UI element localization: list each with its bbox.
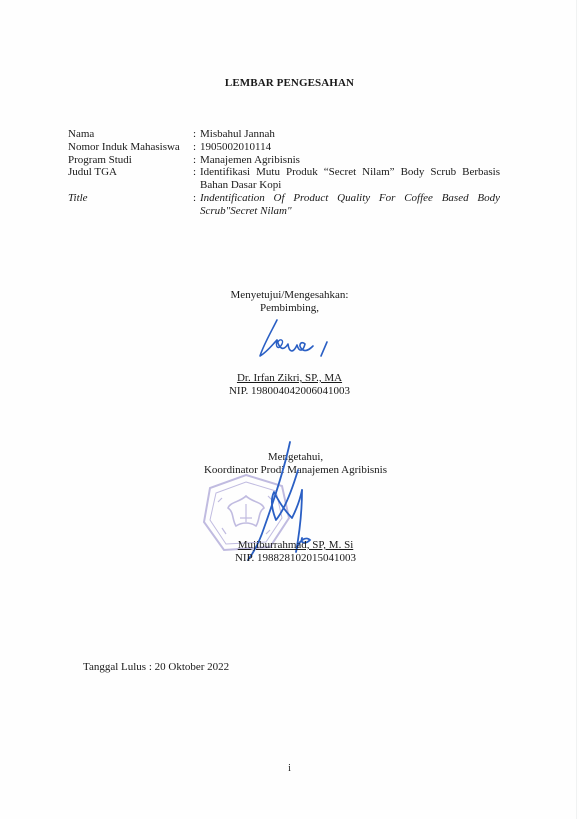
coordinator-nip: NIP. 198828102015041003: [6, 552, 579, 565]
page-number: i: [0, 763, 579, 774]
info-label: Nomor Induk Mahasiswa: [68, 141, 193, 154]
info-value: Identifikasi Mutu Produk “Secret Nilam” …: [200, 166, 500, 192]
info-colon: :: [193, 166, 200, 192]
supervisor-name-block: Dr. Irfan Zikri, SP., MA NIP. 1980040420…: [0, 372, 579, 398]
info-label: Nama: [68, 128, 193, 141]
info-value: Manajemen Agribisnis: [200, 154, 500, 167]
supervisor-nip: NIP. 198004042006041003: [0, 385, 579, 398]
page-title: LEMBAR PENGESAHAN: [0, 77, 579, 89]
info-value: Indentification Of Product Quality For C…: [200, 192, 500, 218]
info-colon: :: [193, 141, 200, 154]
info-label: Program Studi: [68, 154, 193, 167]
student-info-table: Nama : Misbahul Jannah Nomor Induk Mahas…: [68, 128, 500, 218]
info-row-judul: Judul TGA : Identifikasi Mutu Produk “Se…: [68, 166, 500, 192]
coordinator-name-block: Mujiburrahmad, SP, M. Si NIP. 1988281020…: [6, 539, 579, 565]
info-colon: :: [193, 192, 200, 218]
info-row-program: Program Studi : Manajemen Agribisnis: [68, 154, 500, 167]
page-edge: [576, 0, 577, 819]
approval-role: Pembimbing,: [0, 302, 579, 315]
info-label: Title: [68, 192, 193, 218]
graduation-date: Tanggal Lulus : 20 Oktober 2022: [83, 661, 229, 673]
info-value: Misbahul Jannah: [200, 128, 500, 141]
info-colon: :: [193, 154, 200, 167]
info-colon: :: [193, 128, 200, 141]
supervisor-name: Dr. Irfan Zikri, SP., MA: [0, 372, 579, 385]
supervisor-approval: Menyetujui/Mengesahkan: Pembimbing,: [0, 289, 579, 315]
info-label: Judul TGA: [68, 166, 193, 192]
info-value: 1905002010114: [200, 141, 500, 154]
approval-heading: Menyetujui/Mengesahkan:: [0, 289, 579, 302]
info-row-nim: Nomor Induk Mahasiswa : 1905002010114: [68, 141, 500, 154]
document-page: LEMBAR PENGESAHAN Nama : Misbahul Jannah…: [0, 0, 579, 819]
info-row-name: Nama : Misbahul Jannah: [68, 128, 500, 141]
info-row-title: Title : Indentification Of Product Quali…: [68, 192, 500, 218]
supervisor-signature: [255, 318, 335, 362]
coordinator-name: Mujiburrahmad, SP, M. Si: [6, 539, 579, 552]
